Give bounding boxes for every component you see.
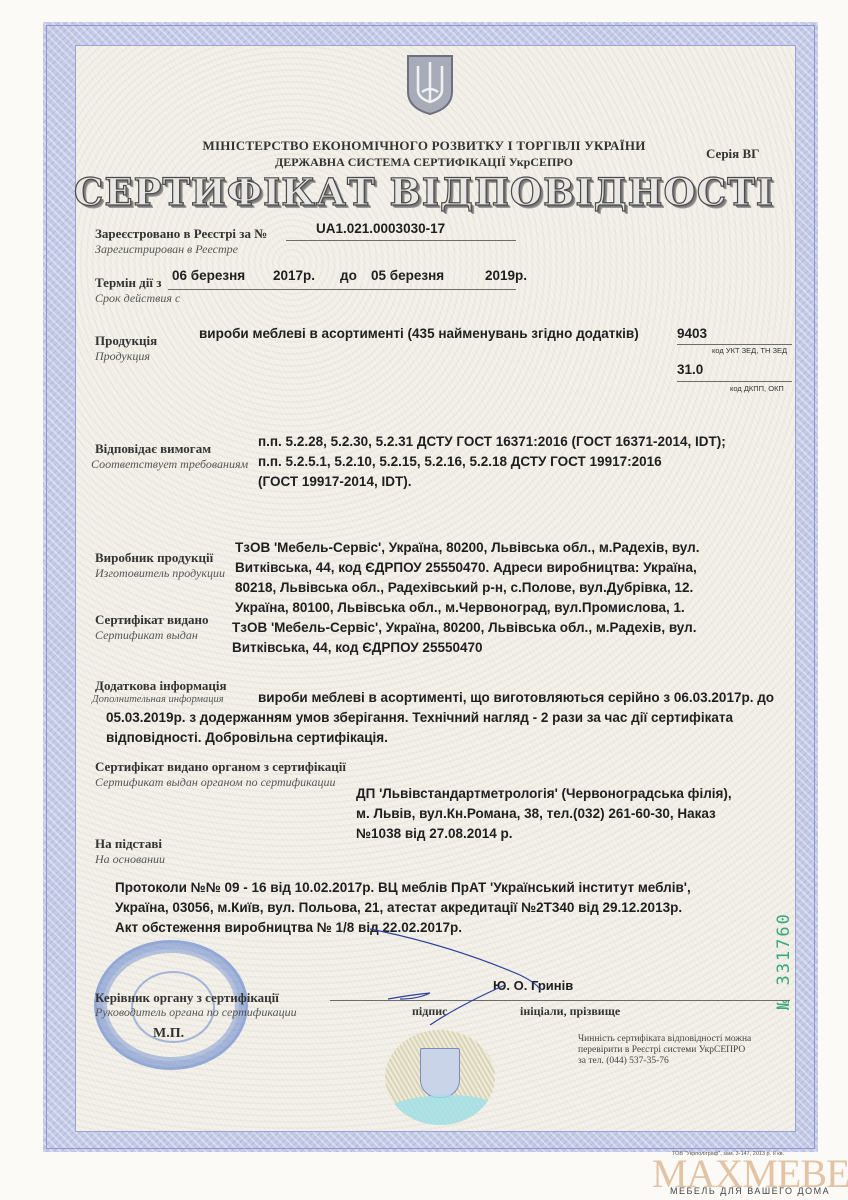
registry-label-ru: Зарегистрирован в Реестре	[95, 242, 238, 257]
validity-underline	[168, 289, 516, 290]
validity-to-word: до	[340, 266, 357, 286]
signatory-label-ru: Руководитель органа по сертификации	[95, 1005, 297, 1020]
trident-coat-of-arms-icon	[404, 52, 456, 116]
validity-to-year: 2019р.	[485, 266, 527, 286]
product-value: вироби меблеві в асортименті (435 наймен…	[199, 324, 639, 344]
code-dkpp-label: код ДКПП, ОКП	[730, 384, 784, 393]
code-dkpp: 31.0	[677, 360, 703, 380]
code-uktzed: 9403	[677, 324, 707, 344]
requirements-label: Відповідає вимогам	[95, 441, 211, 457]
handwritten-signature	[370, 925, 550, 1025]
additional-info-line-1: вироби меблеві в асортименті, що виготов…	[258, 688, 774, 708]
basis-label-ru: На основании	[95, 852, 165, 867]
issuing-body-label: Сертифікат видано органом з сертифікації	[95, 759, 346, 775]
validity-from-day: 06 березня	[172, 266, 245, 286]
seal-place-label: М.П.	[153, 1026, 184, 1042]
manufacturer-text: ТзОВ 'Мебель-Сервіс', Україна, 80200, Ль…	[235, 538, 699, 618]
hologram-emblem	[385, 1030, 495, 1125]
code-dkpp-underline	[677, 381, 792, 382]
validity-label-ru: Срок действия с	[95, 291, 180, 306]
signatory-label: Керівник органу з сертифікації	[95, 990, 279, 1006]
brand-tagline: МЕБЕЛЬ ДЛЯ ВАШЕГО ДОМА	[670, 1186, 830, 1196]
manufacturer-label: Виробник продукції	[95, 550, 213, 566]
product-label: Продукція	[95, 333, 157, 349]
issuing-body-label-ru: Сертификат выдан органом по сертификации	[95, 775, 335, 790]
validity-to-day: 05 березня	[371, 266, 444, 286]
additional-info-label-ru: Дополнительная информация	[92, 694, 224, 705]
additional-info-lines: 05.03.2019р. з додержанням умов зберіган…	[106, 708, 733, 748]
requirements-text: п.п. 5.2.28, 5.2.30, 5.2.31 ДСТУ ГОСТ 16…	[258, 432, 726, 492]
registry-underline	[286, 240, 516, 241]
certificate-title: СЕРТИФІКАТ ВІДПОВІДНОСТІ	[0, 170, 848, 214]
registry-label: Зареєстровано в Реєстрі за №	[95, 226, 267, 242]
serial-number: № 331760	[774, 912, 794, 1010]
product-label-ru: Продукция	[95, 349, 150, 364]
validity-from-year: 2017р.	[273, 266, 315, 286]
code-uktzed-underline	[677, 344, 792, 345]
validity-label: Термін дії з	[95, 275, 161, 291]
verification-note: Чинність сертифіката відповідності можна…	[578, 1034, 751, 1067]
basis-label: На підставі	[95, 836, 162, 852]
series-label: Серія ВГ	[706, 146, 759, 162]
shield-icon	[420, 1048, 460, 1098]
issuing-body-text: ДП 'Львівстандартметрологія' (Червоногра…	[356, 784, 732, 844]
registry-number: UA1.021.0003030-17	[316, 219, 445, 239]
additional-info-label: Додаткова інформація	[95, 678, 227, 694]
requirements-label-ru: Соответствует требованиям	[91, 457, 248, 472]
code-uktzed-label: код УКТ ЗЕД, ТН ЗЕД	[712, 346, 787, 355]
issued-to-label-ru: Сертификат выдан	[95, 628, 198, 643]
issued-to-text: ТзОВ 'Мебель-Сервіс', Україна, 80200, Ль…	[232, 618, 696, 658]
issued-to-label: Сертифікат видано	[95, 612, 209, 628]
manufacturer-label-ru: Изготовитель продукции	[95, 566, 225, 581]
